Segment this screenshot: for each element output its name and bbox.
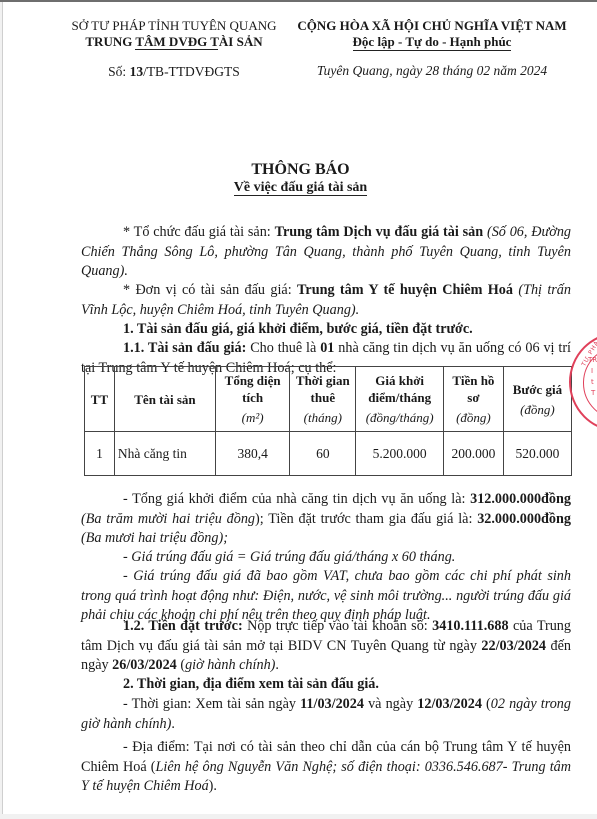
place-date: Tuyên Quang, ngày 28 tháng 02 năm 2024 xyxy=(287,63,577,79)
notice-subtitle: Về việc đấu giá tài sản xyxy=(3,180,597,196)
table-row: 1Nhà căng tin380,4605.200.000200.000520.… xyxy=(85,432,572,476)
column-header: Thời gian thuê(tháng) xyxy=(290,367,356,432)
column-header: Bước giá(đồng) xyxy=(503,367,571,432)
table-cell: 60 xyxy=(290,432,356,476)
table-body: 1Nhà căng tin380,4605.200.000200.000520.… xyxy=(85,432,572,476)
section-1-heading: 1. Tài sản đấu giá, giá khởi điểm, bước … xyxy=(81,320,571,340)
owner-paragraph: * Đơn vị có tài sản đấu giá: Trung tâm Y… xyxy=(81,281,571,320)
asset-table: TTTên tài sảnTổng diện tích(m²)Thời gian… xyxy=(84,366,572,476)
table-cell: 380,4 xyxy=(216,432,290,476)
column-header: Tổng diện tích(m²) xyxy=(216,367,290,432)
issuer-ministry: SỞ TƯ PHÁP TỈNH TUYÊN QUANG xyxy=(71,18,277,34)
table-cell: 1 xyxy=(85,432,115,476)
column-header: Tiền hồ sơ(đồng) xyxy=(444,367,504,432)
document-number: Số: 13/TB-TTDVĐGTS xyxy=(71,64,277,80)
table-cell: Nhà căng tin xyxy=(114,432,215,476)
issuer-agency: TRUNG TÂM DVĐG TÀI SẢN xyxy=(71,34,277,50)
notice-title: THÔNG BÁO xyxy=(3,161,597,179)
organizer-paragraph: * Tổ chức đấu giá tài sản: Trung tâm Dịc… xyxy=(81,223,571,282)
section-1-2-paragraph: 1.2. Tiền đặt trước: Nộp trực tiếp vào t… xyxy=(81,617,571,676)
winning-price-formula: - Giá trúng đấu giá = Giá trúng đấu giá/… xyxy=(81,548,571,568)
viewing-time-paragraph: - Thời gian: Xem tài sản ngày 11/03/2024… xyxy=(81,695,571,734)
viewing-place-paragraph: - Địa điểm: Tại nơi có tài sản theo chỉ … xyxy=(81,738,571,797)
table-header-row: TTTên tài sảnTổng diện tích(m²)Thời gian… xyxy=(85,367,572,432)
nation-name: CỘNG HÒA XÃ HỘI CHỦ NGHĨA VIỆT NAM xyxy=(287,18,577,34)
total-price-paragraph: - Tổng giá khởi điểm của nhà căng tin dị… xyxy=(81,490,571,549)
official-seal: TƯ PHÁP TR I t T xyxy=(569,332,597,432)
column-header: Giá khởi điểm/tháng(đồng/tháng) xyxy=(356,367,444,432)
table-cell: 520.000 xyxy=(503,432,571,476)
column-header: Tên tài sản xyxy=(114,367,215,432)
table-cell: 200.000 xyxy=(444,432,504,476)
section-2-heading: 2. Thời gian, địa điểm xem tài sản đấu g… xyxy=(81,675,571,695)
national-motto: Độc lập - Tự do - Hạnh phúc xyxy=(287,34,577,50)
issuer-block: SỞ TƯ PHÁP TỈNH TUYÊN QUANG TRUNG TÂM DV… xyxy=(71,18,277,80)
national-motto-block: CỘNG HÒA XÃ HỘI CHỦ NGHĨA VIỆT NAM Độc l… xyxy=(287,18,577,79)
table-cell: 5.200.000 xyxy=(356,432,444,476)
column-header: TT xyxy=(85,367,115,432)
document-page: SỞ TƯ PHÁP TỈNH TUYÊN QUANG TRUNG TÂM DV… xyxy=(2,2,597,814)
